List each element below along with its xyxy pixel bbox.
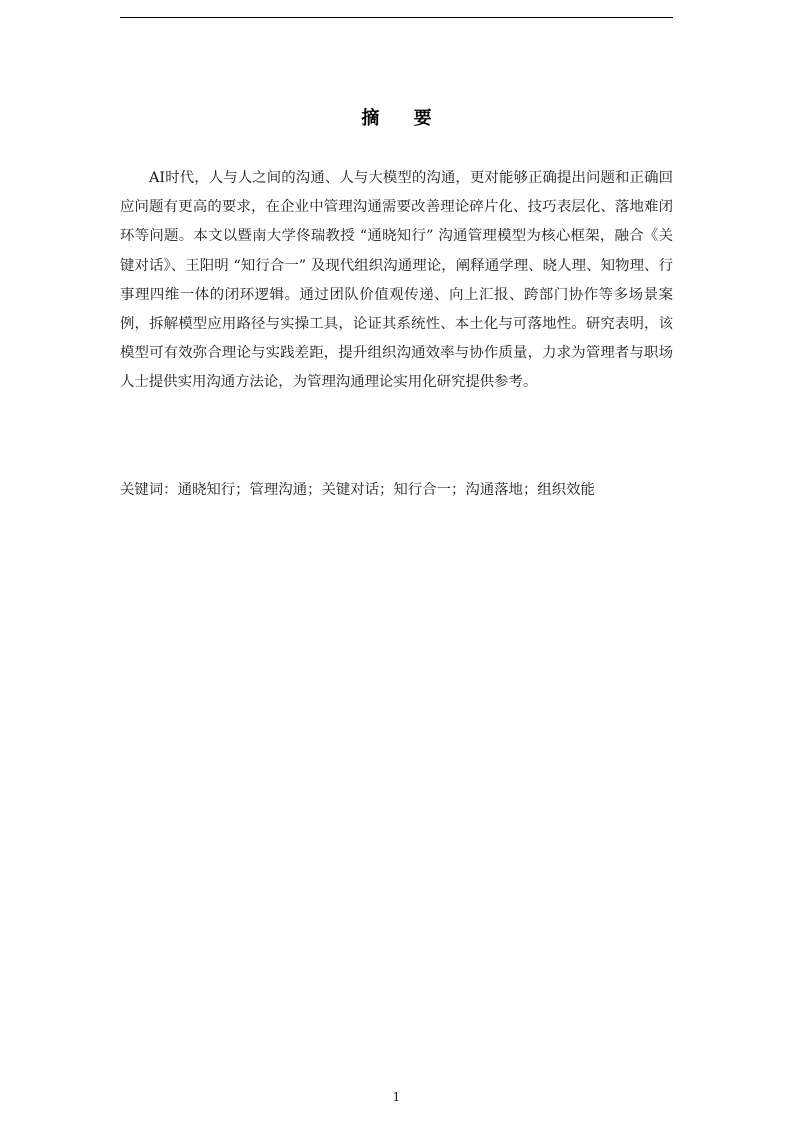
keywords-line: 关键词：通晓知行；管理沟通；关键对话；知行合一；沟通落地；组织效能 <box>120 476 673 505</box>
header-rule <box>120 17 673 18</box>
abstract-paragraph: AI时代，人与人之间的沟通、人与大模型的沟通，更对能够正确提出问题和正确回应问题… <box>120 164 673 398</box>
page-title: 摘 要 <box>0 104 793 130</box>
page-number: 1 <box>0 1090 793 1104</box>
page-title-text: 摘 要 <box>361 108 445 129</box>
